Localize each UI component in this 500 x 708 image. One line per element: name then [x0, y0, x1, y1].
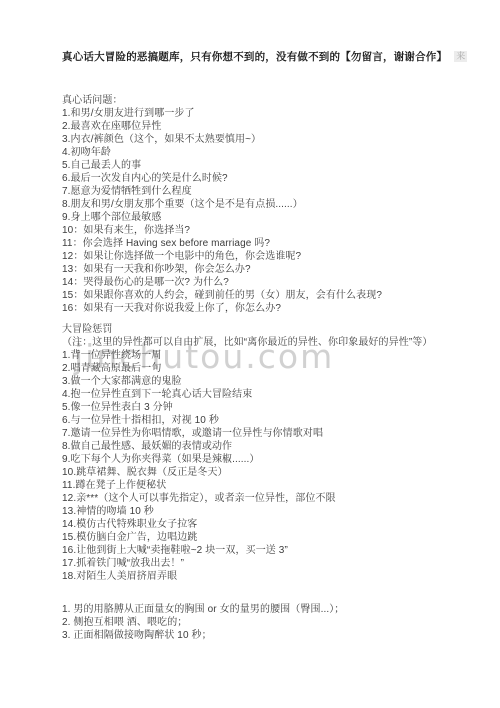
truth-item: 2.最喜欢在座哪位异性: [62, 120, 462, 133]
dare-item: 4.抱一位异性直到下一轮真心话大冒险结束: [62, 388, 462, 401]
dare-item: 5.像一位异性表白 3 分钟: [62, 401, 462, 414]
dare-item: 2.唱青藏高原最后一句: [62, 362, 462, 375]
truth-item: 6.最后一次发自内心的笑是什么时候?: [62, 172, 462, 185]
dare-item: 14.模仿古代特殊职业女子拉客: [62, 518, 462, 531]
truth-item: 13：如果有一天我和你吵架，你会怎么办?: [62, 263, 462, 276]
truth-item: 7.愿意为爱情牺牲到什么程度: [62, 185, 462, 198]
dare-item: 11.蹲在凳子上作便秘状: [62, 479, 462, 492]
truth-item: 14：哭得最伤心的是哪一次? 为什么?: [62, 276, 462, 289]
truth-item: 15：如果跟你喜欢的人约会，碰到前任的男（女）朋友，会有什么表现?: [62, 289, 462, 302]
revision-mark: 来: [454, 51, 467, 62]
truth-item: 3.内衣/裤颜色（这个，如果不太熟要慎用~）: [62, 133, 462, 146]
extra-item: 2. 侧抱互相喂 酒、喂吃的；: [62, 616, 462, 629]
dare-item: 1.背一位异性绕场一周: [62, 349, 462, 362]
extra-item: 3. 正面相隔做接吻陶醉状 10 秒；: [62, 629, 462, 642]
dare-item: 15.模仿脑白金广告，边唱边跳: [62, 531, 462, 544]
document-title: 真心话大冒险的恶搞题库，只有你想不到的，没有做不到的【勿留言，谢谢合作】: [62, 51, 447, 63]
truth-item: 5.自己最丢人的事: [62, 159, 462, 172]
dare-item: 7.邀请一位异性为你唱情歌，或邀请一位异性与你情歌对唱: [62, 427, 462, 440]
dare-item: 16.让他到街上大喊“卖拖鞋啦~2 块一双，买一送 3”: [62, 544, 462, 557]
truth-item: 8.朋友和男/女朋友那个重要（这个是不是有点损......）: [62, 198, 462, 211]
dare-item: 9.吃下每个人为你夹得菜（如果是辣椒......）: [62, 453, 462, 466]
dare-item: 3.做一个大家都满意的鬼脸: [62, 375, 462, 388]
truth-item: 4.初吻年龄: [62, 146, 462, 159]
dare-item: 10.跳草裙舞、脱衣舞（反正是冬天）: [62, 466, 462, 479]
dare-section-heading: 大冒险惩罚: [62, 323, 462, 336]
dare-section-note: （注：这里的异性都可以自由扩展，比如“离你最近的异性、你印象最好的异性”等）: [62, 336, 462, 349]
truth-item: 1.和男/女朋友进行到哪一步了: [62, 107, 462, 120]
truth-item: 11：你会选择 Having sex before marriage 吗?: [62, 237, 462, 250]
truth-item: 10：如果有来生，你选择当?: [62, 224, 462, 237]
extra-item: 1. 男的用胳膊从正面量女的胸围 or 女的量男的腰围（臀围...）；: [62, 603, 462, 616]
dare-item: 13.神情的吻墙 10 秒: [62, 505, 462, 518]
dare-item: 8.做自己最性感、最妖媚的表情或动作: [62, 440, 462, 453]
dare-item: 6.与一位异性十指相扣，对视 10 秒: [62, 414, 462, 427]
dare-item: 12.亲***（这个人可以事先指定），或者亲一位异性，部位不限: [62, 492, 462, 505]
title-row: 真心话大冒险的恶搞题库，只有你想不到的，没有做不到的【勿留言，谢谢合作】来: [62, 50, 462, 65]
truth-item: 12：如果让你选择做一个电影中的角色，你会选谁呢?: [62, 250, 462, 263]
dare-item: 17.抓着铁门喊“放我出去！”: [62, 557, 462, 570]
truth-item: 9.身上哪个部位最敏感: [62, 211, 462, 224]
document-page: jinchutou.com 真心话大冒险的恶搞题库，只有你想不到的，没有做不到的…: [0, 0, 500, 708]
truth-section-heading: 真心话问题：: [62, 94, 462, 107]
dare-item: 18.对陌生人美眉挤眉弄眼: [62, 570, 462, 583]
truth-item: 16：如果有一天我对你说我爱上你了，你怎么办?: [62, 302, 462, 315]
document-content: 真心话大冒险的恶搞题库，只有你想不到的，没有做不到的【勿留言，谢谢合作】来 真心…: [62, 50, 462, 642]
